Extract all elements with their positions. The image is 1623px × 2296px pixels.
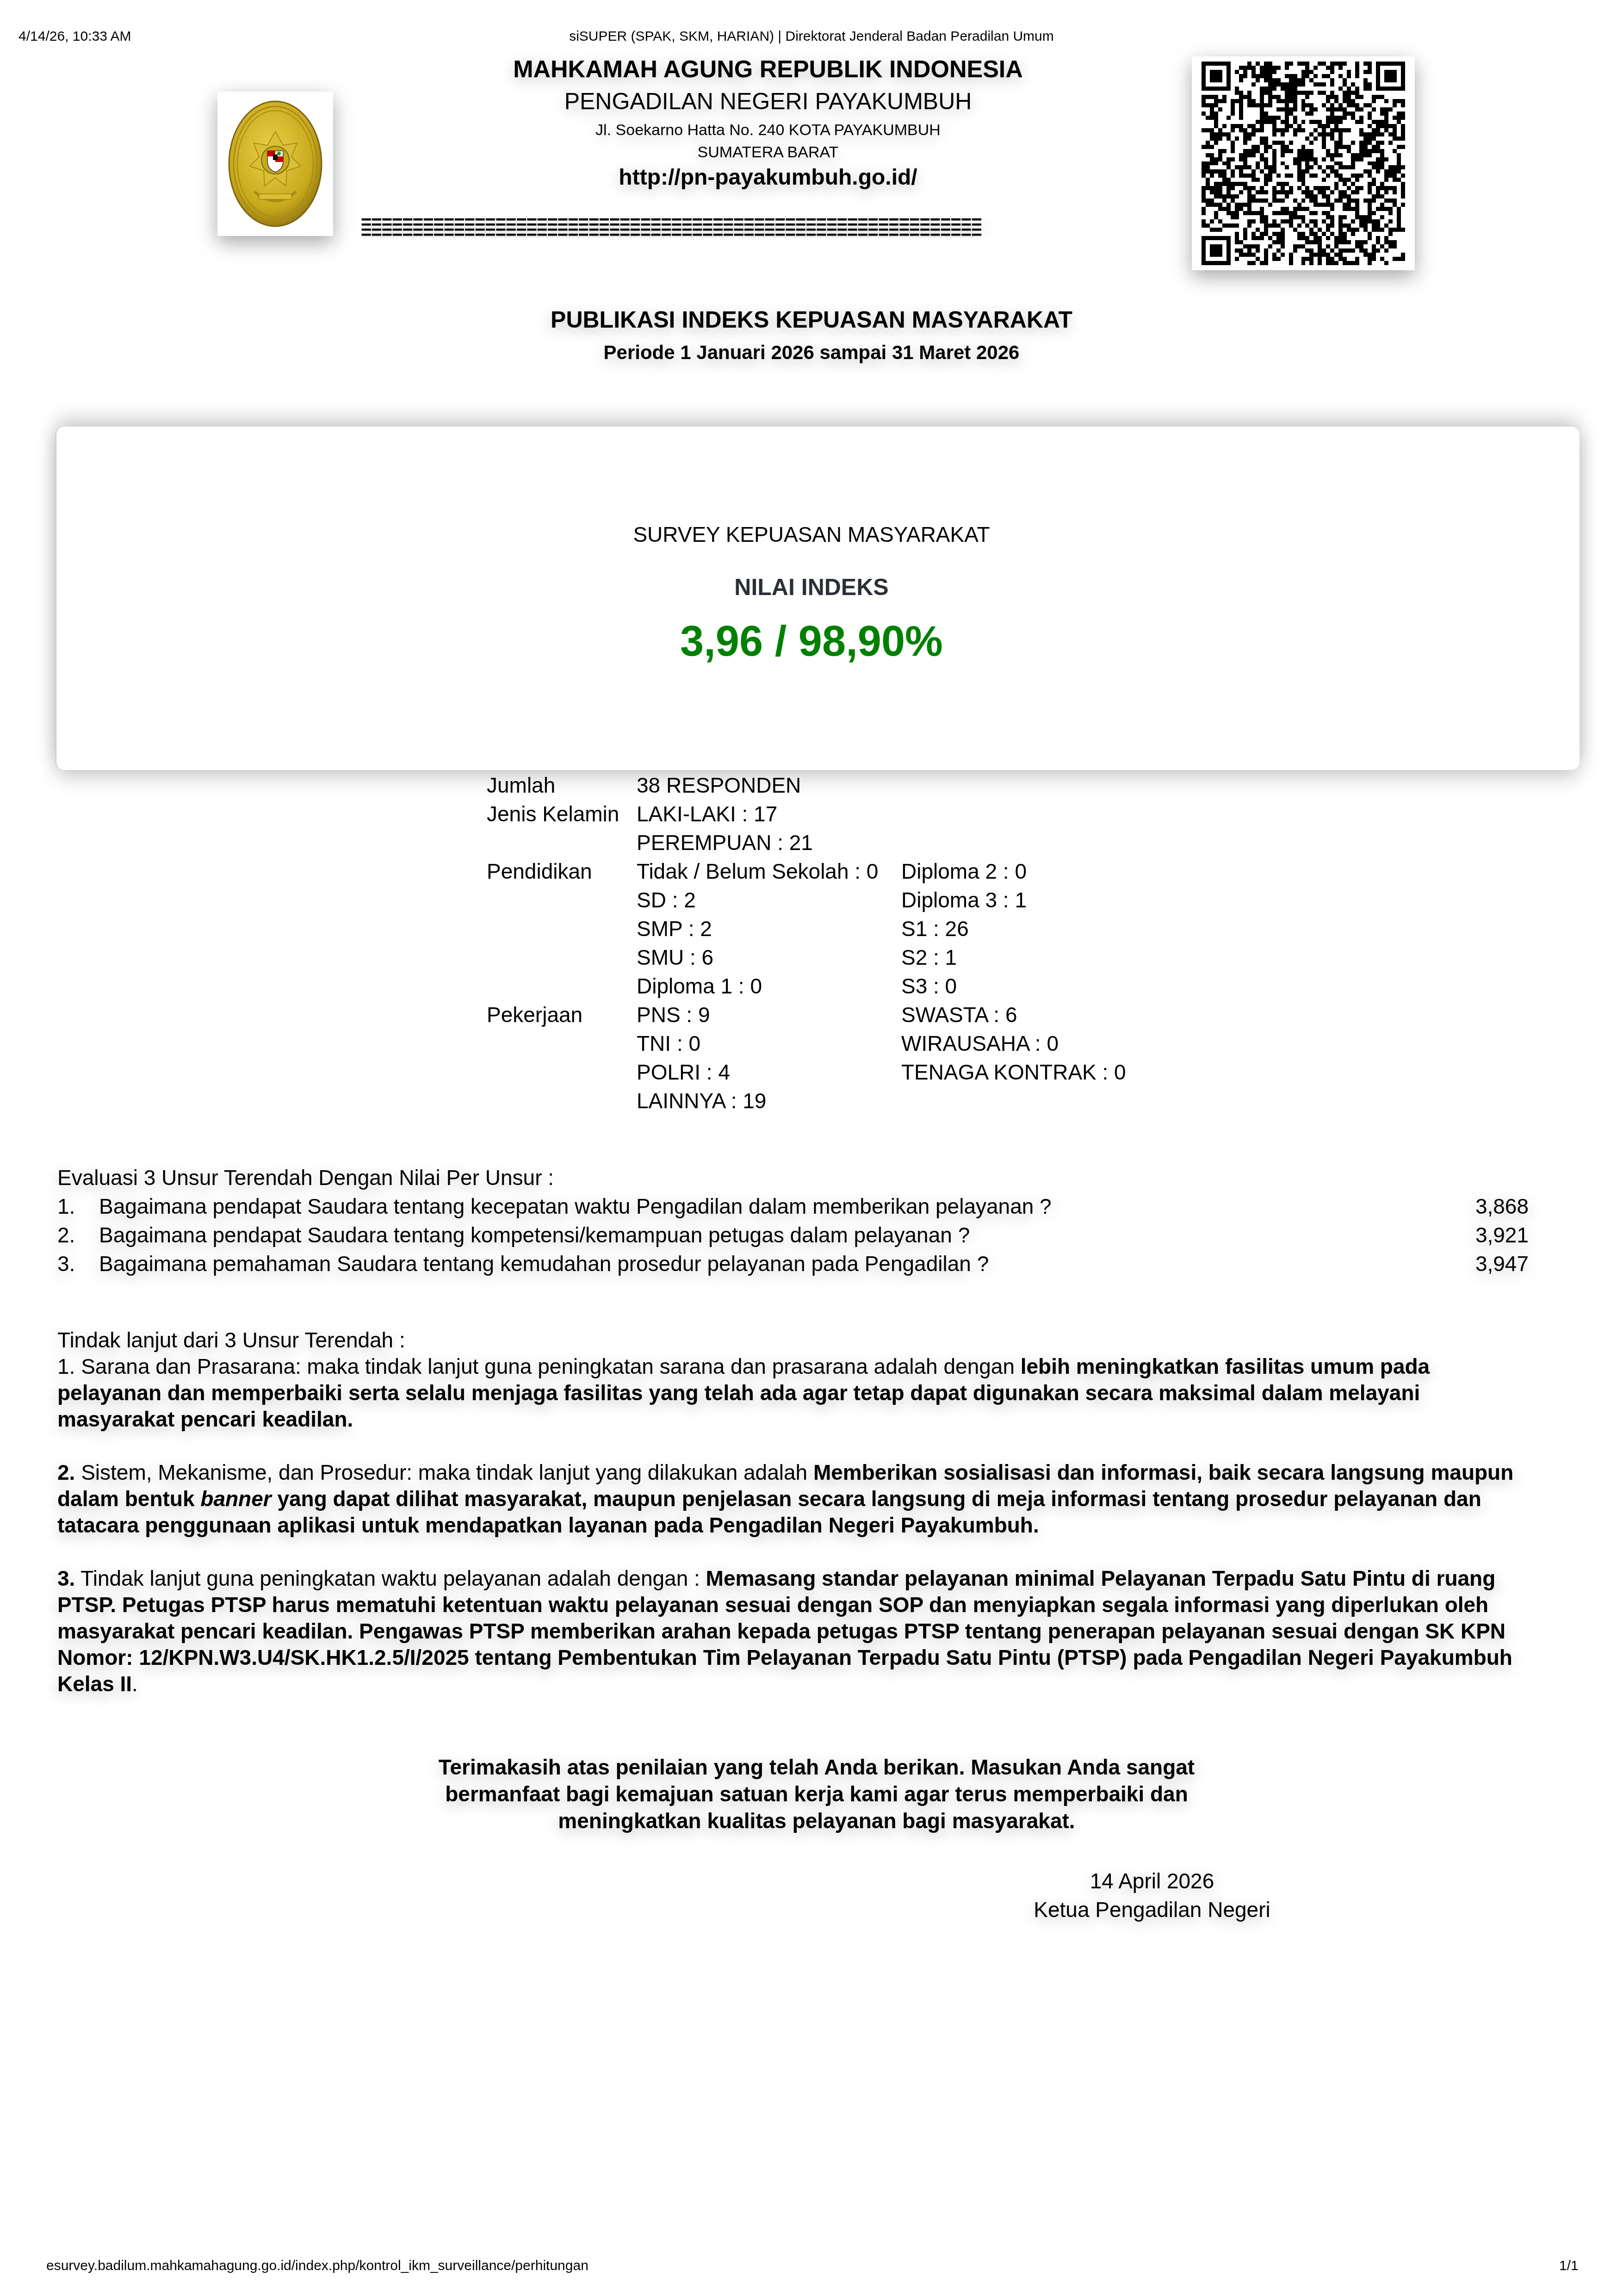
print-url: esurvey.badilum.mahkamahagung.go.id/inde… bbox=[46, 2258, 588, 2274]
education-item: Diploma 3 : 1 bbox=[901, 886, 1027, 914]
job-item: WIRAUSAHA : 0 bbox=[901, 1029, 1059, 1058]
print-page-number: 1/1 bbox=[1559, 2258, 1579, 2274]
education-item: Diploma 2 : 0 bbox=[901, 857, 1027, 886]
evaluation-row: 3. Bagaimana pemahaman Saudara tentang k… bbox=[57, 1249, 1529, 1278]
publication-period: Periode 1 Januari 2026 sampai 31 Maret 2… bbox=[0, 341, 1623, 364]
index-label: NILAI INDEKS bbox=[0, 574, 1623, 601]
index-card-title: SURVEY KEPUASAN MASYARAKAT bbox=[0, 522, 1623, 547]
jumlah-label: Jumlah bbox=[487, 771, 555, 800]
followup-item-3: 3. Tindak lanjut guna peningkatan waktu … bbox=[57, 1565, 1533, 1697]
institution-name: MAHKAMAH AGUNG REPUBLIK INDONESIA bbox=[352, 56, 1184, 83]
qr-code bbox=[1192, 56, 1415, 270]
gender-female: PEREMPUAN : 21 bbox=[637, 828, 813, 857]
qr-code-icon bbox=[1202, 62, 1405, 265]
followup-section: Tindak lanjut dari 3 Unsur Terendah : 1.… bbox=[57, 1327, 1533, 1724]
evaluation-value: 3,868 bbox=[1473, 1192, 1529, 1221]
evaluation-question: Bagaimana pendapat Saudara tentang kecep… bbox=[99, 1192, 1473, 1221]
job-item: PNS : 9 bbox=[637, 1000, 710, 1029]
mahkamah-agung-emblem-icon bbox=[227, 99, 324, 229]
evaluation-question: Bagaimana pemahaman Saudara tentang kemu… bbox=[99, 1249, 1473, 1278]
evaluation-row: 1. Bagaimana pendapat Saudara tentang ke… bbox=[57, 1192, 1529, 1221]
job-item: TNI : 0 bbox=[637, 1029, 700, 1058]
print-page-title: siSUPER (SPAK, SKM, HARIAN) | Direktorat… bbox=[0, 29, 1623, 44]
evaluation-number: 2. bbox=[57, 1221, 99, 1249]
court-address: Jl. Soekarno Hatta No. 240 KOTA PAYAKUMB… bbox=[352, 121, 1184, 139]
education-item: S3 : 0 bbox=[901, 972, 957, 1000]
court-province: SUMATERA BARAT bbox=[352, 143, 1184, 161]
court-website[interactable]: http://pn-payakumbuh.go.id/ bbox=[352, 165, 1184, 190]
court-logo bbox=[217, 92, 333, 236]
gender-label: Jenis Kelamin bbox=[487, 800, 619, 828]
signature-date: 14 April 2026 bbox=[990, 1868, 1314, 1893]
education-item: Diploma 1 : 0 bbox=[637, 972, 762, 1000]
gender-male: LAKI-LAKI : 17 bbox=[637, 800, 777, 828]
followup-item-1: 1. Sarana dan Prasarana: maka tindak lan… bbox=[57, 1353, 1533, 1433]
job-item: POLRI : 4 bbox=[637, 1058, 730, 1086]
job-item: SWASTA : 6 bbox=[901, 1000, 1017, 1029]
court-name: PENGADILAN NEGERI PAYAKUMBUH bbox=[352, 88, 1184, 115]
evaluation-question: Bagaimana pendapat Saudara tentang kompe… bbox=[99, 1221, 1473, 1249]
followup-item-2: 2. Sistem, Mekanisme, dan Prosedur: maka… bbox=[57, 1459, 1533, 1539]
education-item: SD : 2 bbox=[637, 886, 696, 914]
education-item: S1 : 26 bbox=[901, 914, 969, 943]
education-item: SMP : 2 bbox=[637, 914, 712, 943]
publication-title: PUBLIKASI INDEKS KEPUASAN MASYARAKAT bbox=[0, 306, 1623, 333]
index-value: 3,96 / 98,90% bbox=[0, 617, 1623, 666]
signature-role: Ketua Pengadilan Negeri bbox=[990, 1897, 1314, 1922]
education-item: Tidak / Belum Sekolah : 0 bbox=[637, 857, 878, 886]
evaluation-row: 2. Bagaimana pendapat Saudara tentang ko… bbox=[57, 1221, 1529, 1249]
thank-you-message: Terimakasih atas penilaian yang telah An… bbox=[379, 1754, 1254, 1834]
evaluation-section: Evaluasi 3 Unsur Terendah Dengan Nilai P… bbox=[57, 1163, 1529, 1278]
job-item: TENAGA KONTRAK : 0 bbox=[901, 1058, 1126, 1086]
job-label: Pekerjaan bbox=[487, 1000, 582, 1029]
evaluation-number: 1. bbox=[57, 1192, 99, 1221]
header-divider: ========================================… bbox=[361, 217, 1171, 238]
evaluation-value: 3,947 bbox=[1473, 1249, 1529, 1278]
evaluation-value: 3,921 bbox=[1473, 1221, 1529, 1249]
jumlah-value: 38 RESPONDEN bbox=[637, 771, 801, 800]
education-item: S2 : 1 bbox=[901, 943, 957, 972]
followup-heading: Tindak lanjut dari 3 Unsur Terendah : bbox=[57, 1327, 1533, 1353]
evaluation-heading: Evaluasi 3 Unsur Terendah Dengan Nilai P… bbox=[57, 1163, 1529, 1192]
evaluation-number: 3. bbox=[57, 1249, 99, 1278]
job-item: LAINNYA : 19 bbox=[637, 1086, 766, 1115]
education-label: Pendidikan bbox=[487, 857, 592, 886]
education-item: SMU : 6 bbox=[637, 943, 713, 972]
